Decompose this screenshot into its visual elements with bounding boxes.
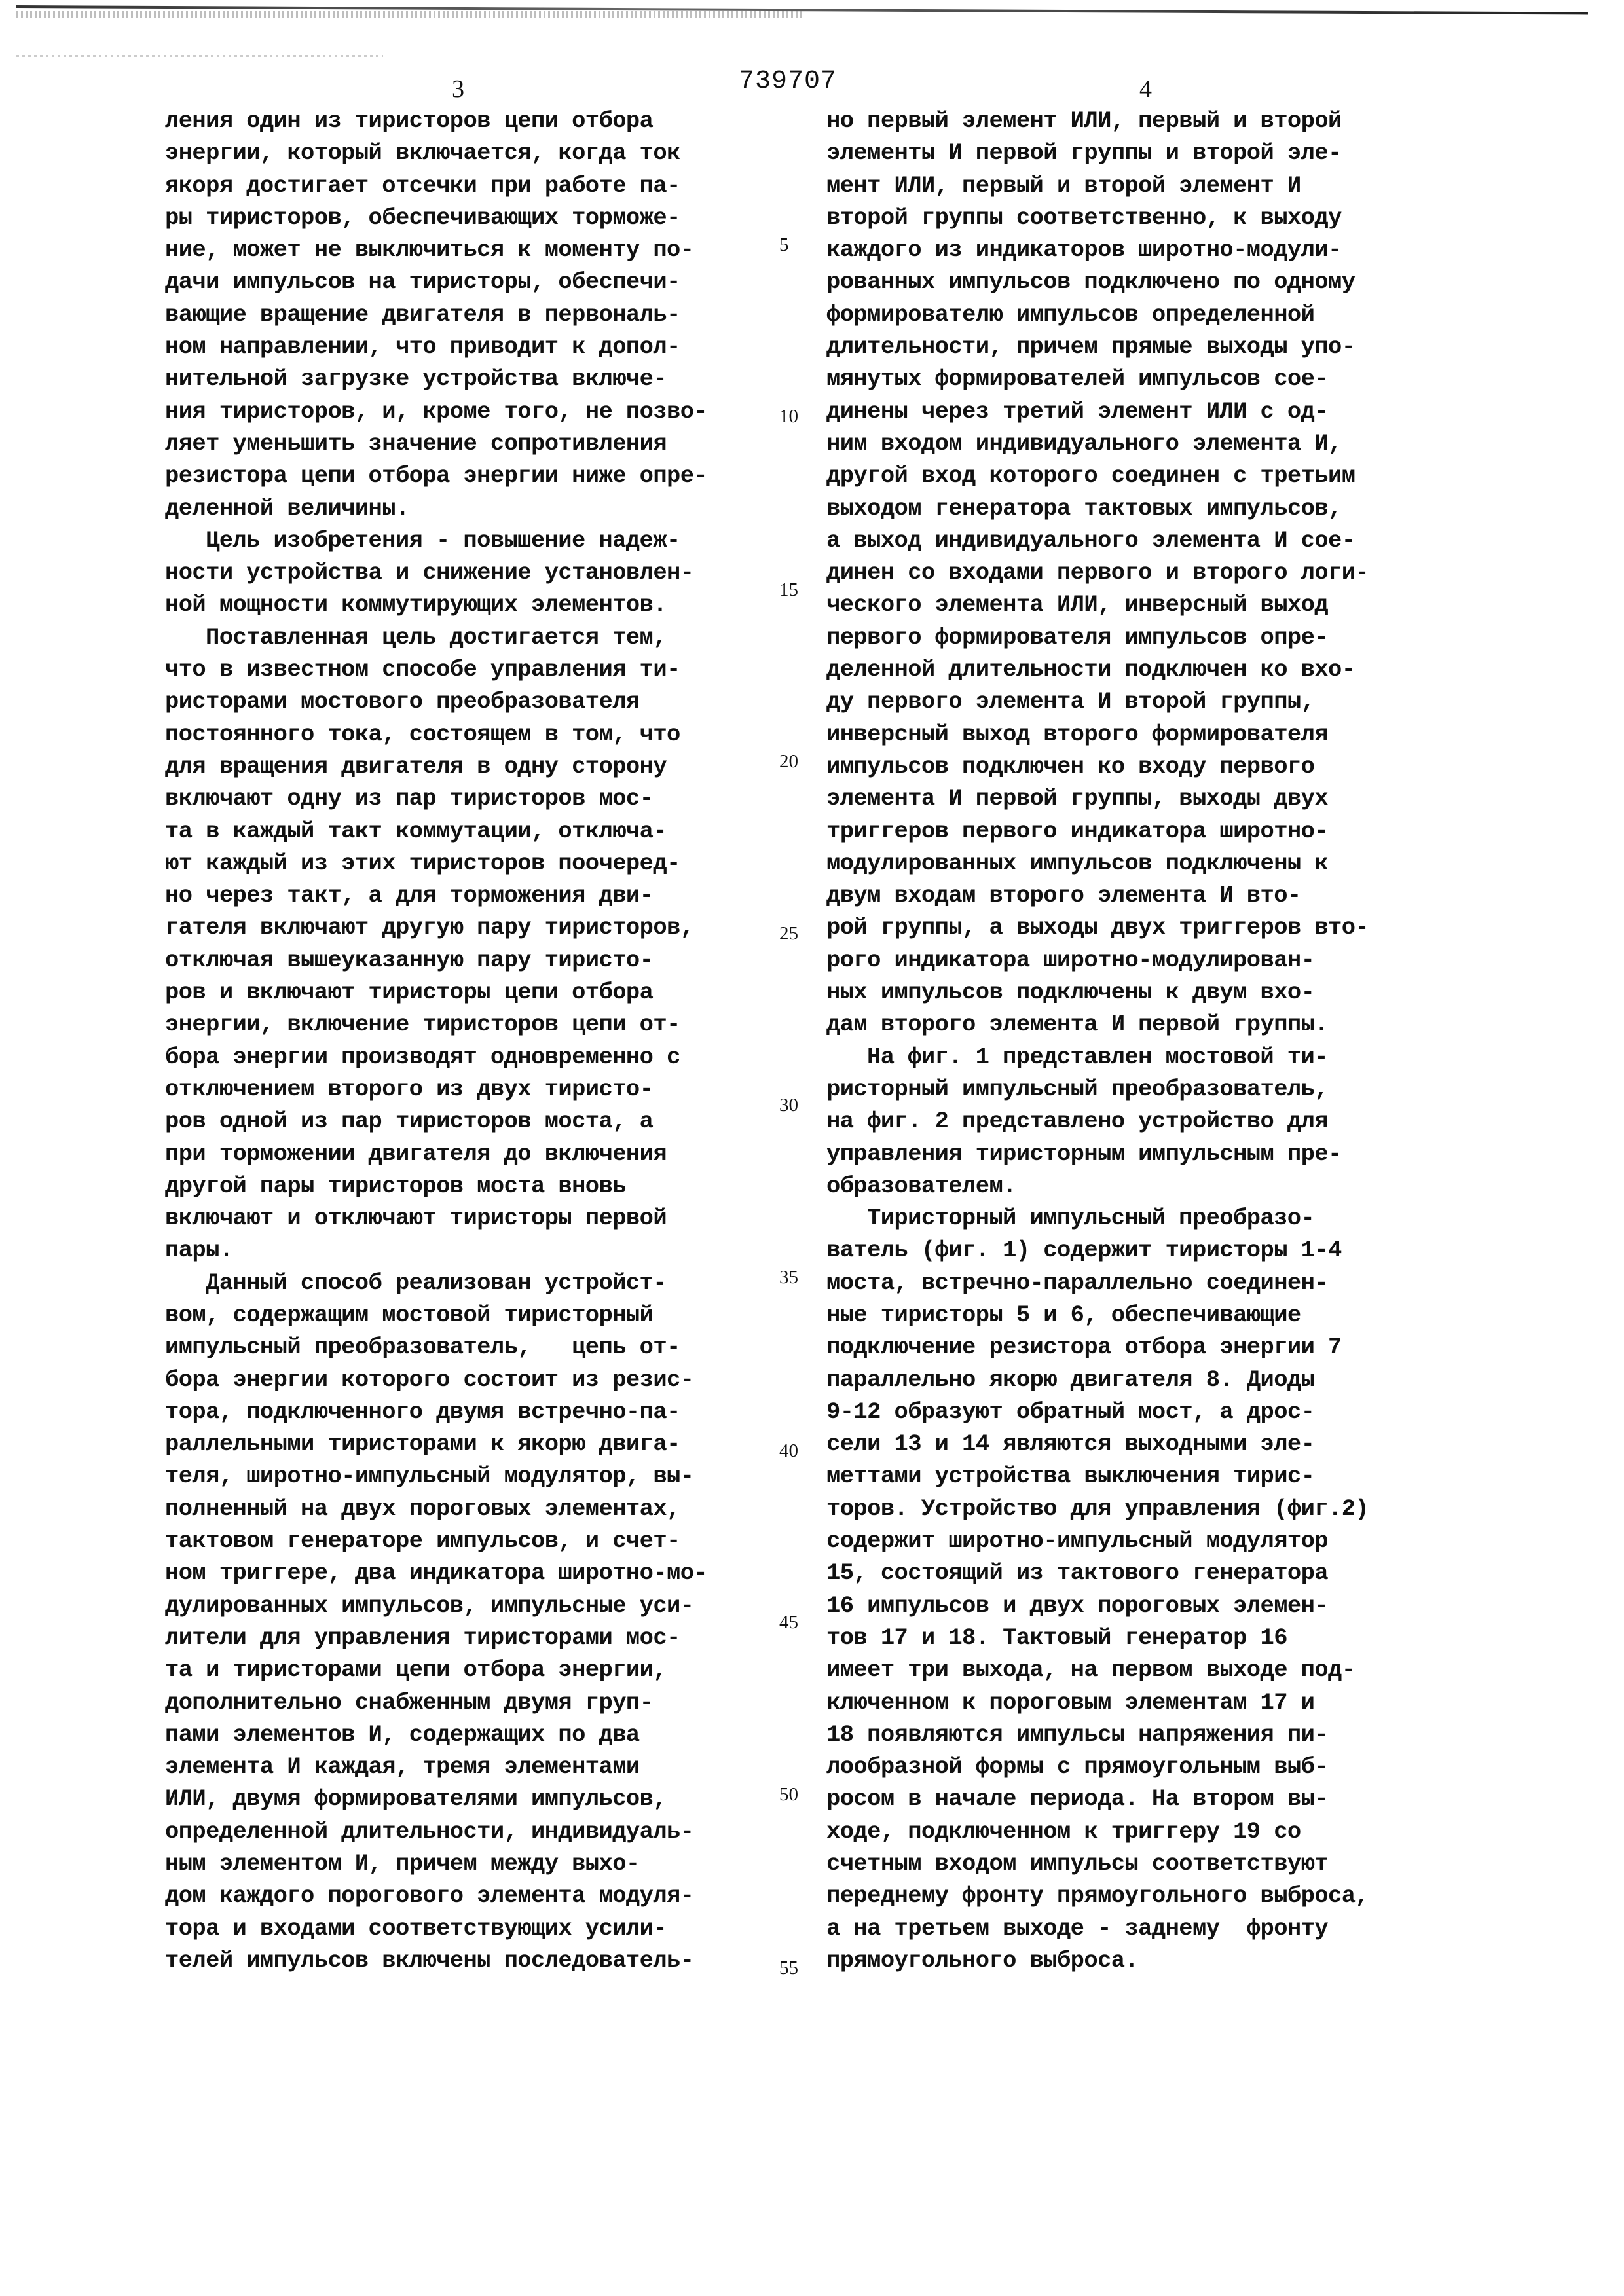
text-line: каждого из индикаторов широтно-модули- [826,234,1455,266]
margin-line-number: 45 [779,1612,798,1633]
text-line: элементы И первой группы и второй эле- [826,137,1455,169]
text-line: а выход индивидуального элемента И сое- [826,524,1455,556]
text-line: рого индикатора широтно-модулирован- [826,944,1455,976]
text-line: ров и включают тиристоры цепи отбора [165,976,794,1008]
text-line: ватель (фиг. 1) содержит тиристоры 1-4 [826,1234,1455,1266]
margin-line-number: 35 [779,1267,798,1288]
text-line: энергии, который включается, когда ток [165,137,794,169]
text-line: та в каждый такт коммутации, отключа- [165,815,794,847]
text-line: резистора цепи отбора энергии ниже опре- [165,460,794,492]
left-text-column: ления один из тиристоров цепи отбораэнер… [165,105,794,1977]
text-line: динены через третий элемент ИЛИ с од- [826,395,1455,428]
text-line: двум входам второго элемента И вто- [826,879,1455,911]
text-line: ном триггере, два индикатора широтно-мо- [165,1557,794,1589]
text-line: рованных импульсов подключено по одному [826,266,1455,298]
text-line: ления один из тиристоров цепи отбора [165,105,794,137]
scan-artifact-noise [16,55,383,57]
text-line: ние, может не выключиться к моменту по- [165,234,794,266]
text-line: рой группы, а выходы двух триггеров вто- [826,911,1455,943]
text-line: ристорный импульсный преобразователь, [826,1073,1455,1105]
text-line: ним входом индивидуального элемента И, [826,428,1455,460]
text-line: телей импульсов включены последователь- [165,1944,794,1977]
text-line: сели 13 и 14 являются выходными эле- [826,1428,1455,1460]
page-number-left: 3 [452,75,464,103]
text-line: 16 импульсов и двух пороговых элемен- [826,1590,1455,1622]
text-line: отключением второго из двух тиристо- [165,1073,794,1105]
text-line: Цель изобретения - повышение надеж- [165,524,794,556]
text-line: пары. [165,1234,794,1266]
page-header: 3 739707 4 [0,65,1624,105]
text-line: Поставленная цель достигается тем, [165,621,794,653]
text-line: включают и отключают тиристоры первой [165,1202,794,1234]
text-line: ров одной из пар тиристоров моста, а [165,1105,794,1137]
text-line: деленной длительности подключен ко вхо- [826,653,1455,685]
text-line: тактовом генераторе импульсов, и счет- [165,1525,794,1557]
text-line: якоря достигает отсечки при работе па- [165,170,794,202]
text-line: содержит широтно-импульсный модулятор [826,1525,1455,1557]
text-line: включают одну из пар тиристоров мос- [165,782,794,814]
text-line: триггеров первого индикатора широтно- [826,815,1455,847]
text-line: формирователю импульсов определенной [826,299,1455,331]
text-line: ной мощности коммутирующих элементов. [165,589,794,621]
text-line: вающие вращение двигателя в первональ- [165,299,794,331]
text-line: ры тиристоров, обеспечивающих торможе- [165,202,794,234]
text-line: подключение резистора отбора энергии 7 [826,1331,1455,1363]
scan-artifact-noise [16,11,802,18]
text-line: импульсов подключен ко входу первого [826,750,1455,782]
text-line: дополнительно снабженным двумя груп- [165,1686,794,1719]
margin-line-number: 40 [779,1440,798,1462]
text-line: тов 17 и 18. Тактовый генератор 16 [826,1622,1455,1654]
text-line: нительной загрузке устройства включе- [165,363,794,395]
text-line: пами элементов И, содержащих по два [165,1719,794,1751]
text-line: мянутых формирователей импульсов сое- [826,363,1455,395]
text-line: ляет уменьшить значение сопротивления [165,428,794,460]
text-line: На фиг. 1 представлен мостовой ти- [826,1041,1455,1073]
text-line: ют каждый из этих тиристоров поочеред- [165,847,794,879]
text-line: при торможении двигателя до включения [165,1138,794,1170]
text-line: счетным входом импульсы соответствуют [826,1848,1455,1880]
text-line: выходом генератора тактовых импульсов, [826,492,1455,524]
text-line: раллельными тиристорами к якорю двига- [165,1428,794,1460]
text-line: росом в начале периода. На втором вы- [826,1783,1455,1815]
text-line: ходе, подключенном к триггеру 19 со [826,1815,1455,1848]
margin-line-number: 20 [779,751,798,773]
text-line: определенной длительности, индивидуаль- [165,1815,794,1848]
text-line: ключенном к пороговым элементам 17 и [826,1686,1455,1719]
text-line: дам второго элемента И первой группы. [826,1008,1455,1040]
margin-line-number: 55 [779,1958,798,1979]
text-line: имеет три выхода, на первом выходе под- [826,1654,1455,1686]
text-line: первого формирователя импульсов опре- [826,621,1455,653]
text-line: динен со входами первого и второго логи- [826,556,1455,589]
text-line: бора энергии производят одновременно с [165,1041,794,1073]
margin-line-number: 5 [779,234,789,256]
text-line: Данный способ реализован устройст- [165,1267,794,1299]
text-line: параллельно якорю двигателя 8. Диоды [826,1364,1455,1396]
text-line: модулированных импульсов подключены к [826,847,1455,879]
text-line: 15, состоящий из тактового генератора [826,1557,1455,1589]
text-line: 18 появляются импульсы напряжения пи- [826,1719,1455,1751]
text-line: торов. Устройство для управления (фиг.2) [826,1493,1455,1525]
text-line: но первый элемент ИЛИ, первый и второй [826,105,1455,137]
text-line: но через такт, а для торможения дви- [165,879,794,911]
text-line: прямоугольного выброса. [826,1944,1455,1977]
text-line: другой вход которого соединен с третьим [826,460,1455,492]
text-line: 9-12 образуют обратный мост, а дрос- [826,1396,1455,1428]
text-line: дом каждого порогового элемента модуля- [165,1880,794,1912]
text-line: элемента И первой группы, выходы двух [826,782,1455,814]
text-line: длительности, причем прямые выходы упо- [826,331,1455,363]
text-line: бора энергии которого состоит из резис- [165,1364,794,1396]
text-line: полненный на двух пороговых элементах, [165,1493,794,1525]
text-line: тора, подключенного двумя встречно-па- [165,1396,794,1428]
text-line: импульсный преобразователь, цепь от- [165,1331,794,1363]
text-line: инверсный выход второго формирователя [826,718,1455,750]
margin-line-number: 15 [779,579,798,601]
text-line: постоянного тока, состоящем в том, что [165,718,794,750]
text-line: ду первого элемента И второй группы, [826,685,1455,718]
text-line: тора и входами соответствующих усили- [165,1912,794,1944]
right-text-column: но первый элемент ИЛИ, первый и второйэл… [826,105,1455,1977]
margin-line-number: 50 [779,1784,798,1806]
text-line: ные тиристоры 5 и 6, обеспечивающие [826,1299,1455,1331]
margin-line-number: 25 [779,923,798,945]
text-line: ния тиристоров, и, кроме того, не позво- [165,395,794,428]
text-line: ческого элемента ИЛИ, инверсный выход [826,589,1455,621]
text-line: на фиг. 2 представлено устройство для [826,1105,1455,1137]
text-line: мент ИЛИ, первый и второй элемент И [826,170,1455,202]
text-line: лители для управления тиристорами мос- [165,1622,794,1654]
text-line: гателя включают другую пару тиристоров, [165,911,794,943]
text-line: дачи импульсов на тиристоры, обеспечи- [165,266,794,298]
text-line: Тиристорный импульсный преобразо- [826,1202,1455,1234]
text-line: ИЛИ, двумя формирователями импульсов, [165,1783,794,1815]
text-line: управления тиристорным импульсным пре- [826,1138,1455,1170]
text-line: а на третьем выходе - заднему фронту [826,1912,1455,1944]
text-line: для вращения двигателя в одну сторону [165,750,794,782]
text-line: образователем. [826,1170,1455,1202]
text-line: дулированных импульсов, импульсные уси- [165,1590,794,1622]
text-line: отключая вышеуказанную пару тиристо- [165,944,794,976]
text-line: ристорами мостового преобразователя [165,685,794,718]
text-line: другой пары тиристоров моста вновь [165,1170,794,1202]
text-line: ном направлении, что приводит к допол- [165,331,794,363]
text-line: вом, содержащим мостовой тиристорный [165,1299,794,1331]
patent-number: 739707 [739,67,837,96]
page-number-right: 4 [1139,75,1152,103]
text-line: лообразной формы с прямоугольным выб- [826,1751,1455,1783]
text-line: энергии, включение тиристоров цепи от- [165,1008,794,1040]
text-line: ных импульсов подключены к двум вхо- [826,976,1455,1008]
text-line: ности устройства и снижение установлен- [165,556,794,589]
text-line: та и тиристорами цепи отбора энергии, [165,1654,794,1686]
text-line: ным элементом И, причем между выхо- [165,1848,794,1880]
text-line: меттами устройства выключения тирис- [826,1460,1455,1492]
text-line: деленной величины. [165,492,794,524]
margin-line-number: 10 [779,406,798,428]
text-line: что в известном способе управления ти- [165,653,794,685]
margin-line-number: 30 [779,1095,798,1116]
text-line: переднему фронту прямоугольного выброса, [826,1880,1455,1912]
text-line: моста, встречно-параллельно соединен- [826,1267,1455,1299]
text-line: теля, широтно-импульсный модулятор, вы- [165,1460,794,1492]
text-line: элемента И каждая, тремя элементами [165,1751,794,1783]
text-line: второй группы соответственно, к выходу [826,202,1455,234]
